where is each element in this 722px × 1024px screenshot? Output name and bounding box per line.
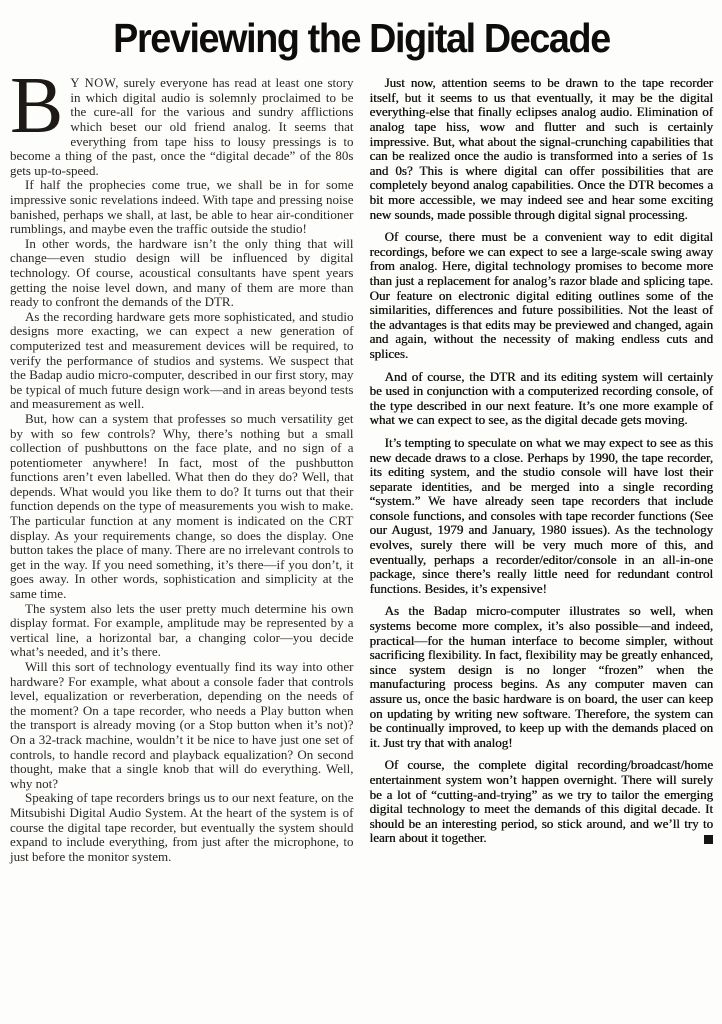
article-paragraph: In other words, the hardware isn’t the o…	[10, 237, 354, 310]
article-paragraph: Of course, there must be a convenient wa…	[370, 230, 714, 361]
article-paragraph: As the Badap micro-computer illustrates …	[370, 604, 714, 750]
paragraph-text: Of course, the complete digital recordin…	[370, 757, 714, 845]
article-paragraph: BY NOW, surely everyone has read at leas…	[10, 76, 354, 178]
article-paragraph: As the recording hardware gets more soph…	[10, 310, 354, 412]
magazine-page: Previewing the Digital Decade BY NOW, su…	[0, 0, 722, 1024]
article-paragraph: It’s tempting to speculate on what we ma…	[370, 436, 714, 597]
article-paragraph: Will this sort of technology eventually …	[10, 660, 354, 791]
end-of-article-mark	[704, 835, 713, 844]
article-paragraph: Of course, the complete digital recordin…	[370, 758, 714, 846]
article-paragraph: If half the prophecies come true, we sha…	[10, 178, 354, 236]
article-paragraph: Just now, attention seems to be drawn to…	[370, 76, 714, 222]
article-paragraph: And of course, the DTR and its editing s…	[370, 370, 714, 428]
article-columns: BY NOW, surely everyone has read at leas…	[10, 76, 713, 864]
article-paragraph: But, how can a system that professes so …	[10, 412, 354, 602]
right-column: Just now, attention seems to be drawn to…	[370, 76, 714, 854]
article-paragraph: Speaking of tape recorders brings us to …	[10, 791, 354, 864]
article-paragraph: The system also lets the user pretty muc…	[10, 602, 354, 660]
lead-in-text: Y NOW,	[70, 76, 119, 90]
drop-cap: B	[10, 78, 63, 135]
page-title: Previewing the Digital Decade	[38, 16, 685, 60]
left-column: BY NOW, surely everyone has read at leas…	[10, 76, 354, 864]
